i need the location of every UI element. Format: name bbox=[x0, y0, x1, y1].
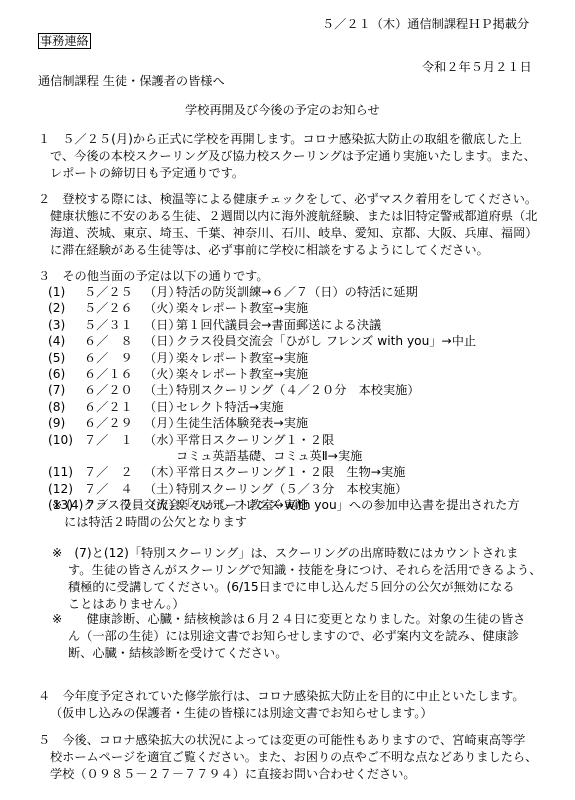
section-1: １ ５／２５(月)から正式に学校を再開します。コロナ感染拡大防止の取組を徹底した… bbox=[38, 131, 548, 182]
schedule-text: 特活の防災訓練→６／７（日）の特活に延期 bbox=[176, 284, 418, 300]
schedule-dow: （水） bbox=[144, 432, 176, 448]
schedule-item: (3)５／３１（日）第１回代議員会→書面郵送による決議 bbox=[48, 317, 476, 333]
schedule-date: ７／ ２ bbox=[84, 464, 144, 480]
posting-note: ５／２１（木）通信制課程ＨＰ掲載分 bbox=[322, 16, 529, 32]
section-5: ５ 今後、コロナ感染拡大の状況によっては変更の可能性もありますので、宮崎東高等学… bbox=[38, 732, 548, 783]
schedule-num: (10) bbox=[48, 432, 84, 448]
schedule-item: (12)７／ ４（土）特別スクーリング（５／３分 本校実施） bbox=[48, 481, 476, 497]
schedule-num: (8) bbox=[48, 399, 84, 415]
schedule-dow: （火） bbox=[144, 300, 176, 316]
schedule-item: (1)５／２５（月）特活の防災訓練→６／７（日）の特活に延期 bbox=[48, 284, 476, 300]
schedule-dow: （日） bbox=[144, 399, 176, 415]
schedule-dow: （月） bbox=[144, 284, 176, 300]
schedule-num: (7) bbox=[48, 382, 84, 398]
section-4-line: （仮申し込みの保護者・生徒の皆様には別途文書でお知らせします。） bbox=[38, 705, 548, 722]
schedule-item: (11)７／ ２（木）平常日スクーリング１・２限 生物→実施 bbox=[48, 464, 476, 480]
section-5-line: 学校（０９８５－２７－７７９４）に直接お問い合わせください。 bbox=[38, 766, 548, 783]
section-2-line: 海道、茨城、東京、埼玉、千葉、神奈川、石川、岐阜、愛知、京都、大阪、兵庫、福岡） bbox=[38, 225, 548, 242]
schedule-text: セレクト特活→実施 bbox=[176, 399, 283, 415]
schedule-date: ７／ ４ bbox=[84, 481, 144, 497]
note-line: ※ 健康診断、心臓・結核検診は６月２４日に変更となりました。対象の生徒の皆さ bbox=[52, 611, 525, 628]
schedule-item: (5)６／ ９（月）楽々レポート教室→実施 bbox=[48, 350, 476, 366]
schedule-list: (1)５／２５（月）特活の防災訓練→６／７（日）の特活に延期 (2)５／２６（火… bbox=[48, 284, 476, 514]
schedule-date: ６／ ９ bbox=[84, 350, 144, 366]
schedule-date: ７／ １ bbox=[84, 432, 144, 448]
schedule-item: (2)５／２６（火）楽々レポート教室→実施 bbox=[48, 300, 476, 316]
schedule-dow: （土） bbox=[144, 382, 176, 398]
schedule-num: (5) bbox=[48, 350, 84, 366]
schedule-date: ６／２９ bbox=[84, 415, 144, 431]
schedule-item: (6)６／１６（火）楽々レポート教室→実施 bbox=[48, 366, 476, 382]
section-1-line: １ ５／２５(月)から正式に学校を再開します。コロナ感染拡大防止の取組を徹底した… bbox=[38, 131, 548, 148]
schedule-item: (9)６／２９（月）生徒生活体験発表→実施 bbox=[48, 415, 476, 431]
schedule-text: 楽々レポート教室→実施 bbox=[176, 366, 308, 382]
schedule-date: ６／２０ bbox=[84, 382, 144, 398]
note-line: ん（一部の生徒）には別途文書でお知らせしますので、必ず案内文を読み、健康診 bbox=[52, 628, 525, 645]
section-2-line: ２ 登校する際には、検温等による健康チェックをして、必ずマスク着用をしてください… bbox=[38, 191, 548, 208]
note-line: す。生徒の皆さんがスクーリングで知識・技能を身につけ、それらを活用できるよう、 bbox=[52, 562, 541, 579]
schedule-text: 楽々レポート教室→実施 bbox=[176, 350, 308, 366]
schedule-item: (8)６／２１（日）セレクト特活→実施 bbox=[48, 399, 476, 415]
schedule-text: クラス役員交流会「ひがし フレンズ with you」→中止 bbox=[176, 333, 476, 349]
note-line: 断、心臓・結核診断を受けてください。 bbox=[52, 645, 525, 662]
schedule-item: (4)６／ ８（日）クラス役員交流会「ひがし フレンズ with you」→中止 bbox=[48, 333, 476, 349]
office-notice-badge: 事務連絡 bbox=[38, 33, 91, 49]
schedule-date: ５／３１ bbox=[84, 317, 144, 333]
document-title: 学校再開及び今後の予定のお知らせ bbox=[185, 102, 380, 118]
schedule-dow: （木） bbox=[144, 464, 176, 480]
schedule-text: 平常日スクーリング１・２限 bbox=[176, 432, 334, 448]
schedule-item: (7)６／２０（土）特別スクーリング（４／２０分 本校実施） bbox=[48, 382, 476, 398]
schedule-dow: （日） bbox=[144, 333, 176, 349]
schedule-text: コミュ英語基礎、コミュ英Ⅱ→実施 bbox=[176, 448, 362, 464]
note-line: ※ (4)クラス役員交流会「ひがし フレンズ with you」への参加申込書を… bbox=[52, 497, 520, 514]
section-5-line: 校ホームページを適宜ご覧ください。また、お困りの点やご不明な点などありましたら、 bbox=[38, 749, 548, 766]
schedule-num: (1) bbox=[48, 284, 84, 300]
section-2-line: に滞在経験がある生徒等は、必ず事前に学校に相談をするようにしてください。 bbox=[38, 242, 548, 259]
section-1-line: レポートの締切日も予定通りです。 bbox=[38, 165, 548, 182]
section-4: ４ 今年度予定されていた修学旅行は、コロナ感染拡大防止を目的に中止といたします。… bbox=[38, 688, 548, 722]
schedule-text: 特別スクーリング（４／２０分 本校実施） bbox=[176, 382, 420, 398]
schedule-dow: （月） bbox=[144, 415, 176, 431]
schedule-date: ６／ ８ bbox=[84, 333, 144, 349]
note-special-schooling: ※ (7)と(12)「特別スクーリング」は、スクーリングの出席時数にはカウントさ… bbox=[52, 545, 541, 613]
schedule-date: ５／２６ bbox=[84, 300, 144, 316]
schedule-item-continuation: コミュ英語基礎、コミュ英Ⅱ→実施 bbox=[48, 448, 476, 464]
note-health-check: ※ 健康診断、心臓・結核検診は６月２４日に変更となりました。対象の生徒の皆さ ん… bbox=[52, 611, 525, 662]
document-date: 令和２年５月２１日 bbox=[422, 59, 532, 75]
schedule-item: (10)７／ １（水）平常日スクーリング１・２限 bbox=[48, 432, 476, 448]
schedule-dow: （土） bbox=[144, 481, 176, 497]
note-class-officer: ※ (4)クラス役員交流会「ひがし フレンズ with you」への参加申込書を… bbox=[52, 497, 520, 531]
note-line: 積極的に受講してください。(6/15日までに申し込んだ５回分の公欠が無効になる bbox=[52, 579, 541, 596]
schedule-text: 特別スクーリング（５／３分 本校実施） bbox=[176, 481, 407, 497]
schedule-num: (6) bbox=[48, 366, 84, 382]
schedule-dow: （火） bbox=[144, 366, 176, 382]
schedule-num: (11) bbox=[48, 464, 84, 480]
section-2: ２ 登校する際には、検温等による健康チェックをして、必ずマスク着用をしてください… bbox=[38, 191, 548, 259]
schedule-text: 平常日スクーリング１・２限 生物→実施 bbox=[176, 464, 405, 480]
note-line: ※ (7)と(12)「特別スクーリング」は、スクーリングの出席時数にはカウントさ… bbox=[52, 545, 541, 562]
schedule-num: (9) bbox=[48, 415, 84, 431]
schedule-num: (4) bbox=[48, 333, 84, 349]
section-2-line: 健康状態に不安のある生徒、２週間以内に海外渡航経験、または旧特定警戒都道府県（北 bbox=[38, 208, 548, 225]
schedule-num: (12) bbox=[48, 481, 84, 497]
section-3-heading: ３ その他当面の予定は以下の通りです。 bbox=[38, 268, 269, 284]
schedule-date: ６／１６ bbox=[84, 366, 144, 382]
section-1-line: で、今後の本校スクーリング及び協力校スクーリングは予定通り実施いたします。また、 bbox=[38, 148, 548, 165]
addressee: 通信制課程 生徒・保護者の皆様へ bbox=[38, 73, 225, 89]
schedule-date: ５／２５ bbox=[84, 284, 144, 300]
section-4-line: ４ 今年度予定されていた修学旅行は、コロナ感染拡大防止を目的に中止といたします。 bbox=[38, 688, 548, 705]
schedule-dow: （日） bbox=[144, 317, 176, 333]
schedule-text: 第１回代議員会→書面郵送による決議 bbox=[176, 317, 381, 333]
schedule-text: 生徒生活体験発表→実施 bbox=[176, 415, 308, 431]
section-5-line: ５ 今後、コロナ感染拡大の状況によっては変更の可能性もありますので、宮崎東高等学 bbox=[38, 732, 548, 749]
schedule-text: 楽々レポート教室→実施 bbox=[176, 300, 308, 316]
schedule-dow: （月） bbox=[144, 350, 176, 366]
schedule-num: (3) bbox=[48, 317, 84, 333]
schedule-num: (2) bbox=[48, 300, 84, 316]
schedule-date: ６／２１ bbox=[84, 399, 144, 415]
note-line: には特活２時間の公欠となります bbox=[52, 514, 520, 531]
